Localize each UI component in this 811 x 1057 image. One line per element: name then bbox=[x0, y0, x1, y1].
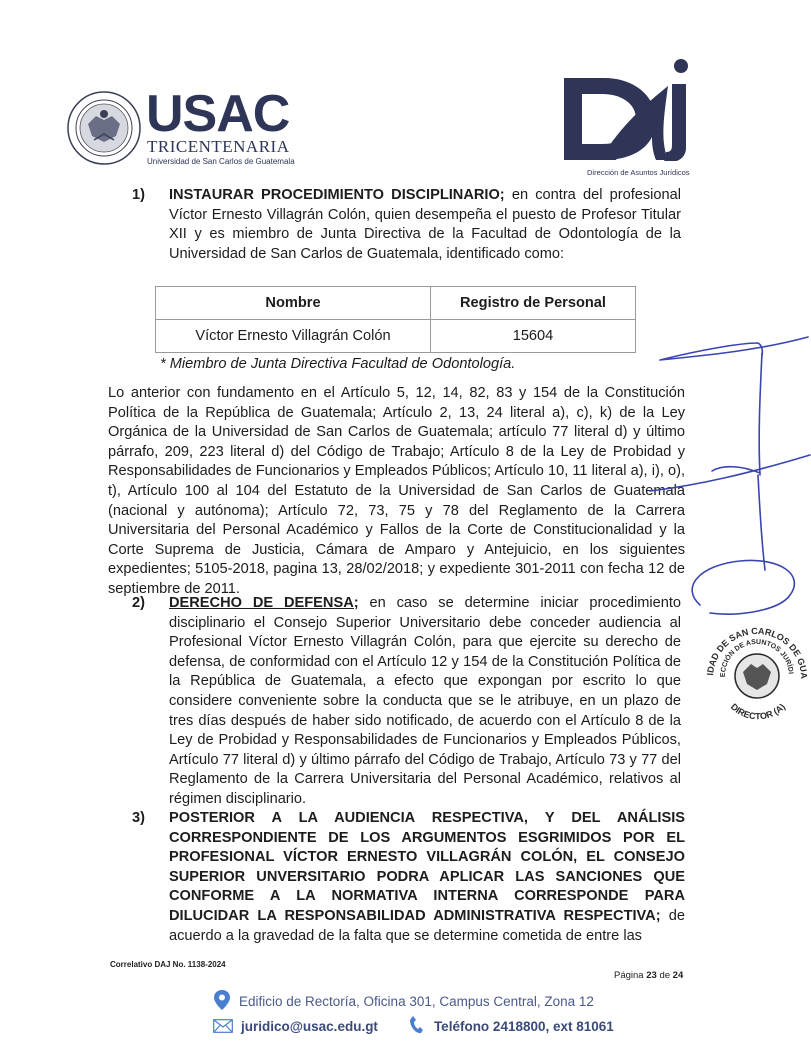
page-number: Página 23 de 24 bbox=[614, 970, 683, 981]
cell-registry: 15604 bbox=[431, 320, 636, 353]
section-1-number: 1) bbox=[132, 186, 145, 206]
section-3-heading: POSTERIOR A LA AUDIENCIA RESPECTIVA, Y D… bbox=[169, 810, 685, 924]
stamp-bottom-text: DIRECTOR (A) bbox=[729, 702, 787, 722]
table-row: Víctor Ernesto Villagrán Colón 15604 bbox=[156, 320, 636, 353]
daj-mark-icon bbox=[560, 56, 710, 161]
phone-icon bbox=[408, 1015, 424, 1035]
section-1-text: INSTAURAR PROCEDIMIENTO DISCIPLINARIO; e… bbox=[169, 186, 681, 264]
location-pin-icon bbox=[213, 990, 231, 1010]
phone-text: Teléfono 2418800, ext 81061 bbox=[434, 1019, 614, 1034]
correlative-number: Correlativo DAJ No. 1138-2024 bbox=[110, 960, 226, 969]
usac-wordmark: USAC bbox=[146, 88, 289, 140]
section-2-number: 2) bbox=[132, 594, 145, 614]
personnel-table: Nombre Registro de Personal Víctor Ernes… bbox=[155, 286, 636, 353]
section-1-heading: INSTAURAR PROCEDIMIENTO DISCIPLINARIO; bbox=[169, 187, 505, 203]
cell-name: Víctor Ernesto Villagrán Colón bbox=[156, 320, 431, 353]
table-header-row: Nombre Registro de Personal bbox=[156, 287, 636, 320]
official-stamp: UNIVERSIDAD DE SAN CARLOS DE GUATEMALA D… bbox=[703, 620, 811, 730]
page-current: 23 bbox=[646, 970, 657, 981]
usac-tagline: TRICENTENARIA bbox=[147, 138, 289, 156]
email-icon bbox=[213, 1019, 233, 1033]
section-2-heading: DERECHO DE DEFENSA; bbox=[169, 595, 359, 611]
table-footnote: * Miembro de Junta Directiva Facultad de… bbox=[160, 356, 515, 372]
section-2-body: en caso se determine iniciar procedimien… bbox=[169, 595, 681, 807]
footer-address: Edificio de Rectoría, Oficina 301, Campu… bbox=[213, 990, 594, 1010]
daj-caption: Dirección de Asuntos Jurídicos bbox=[587, 168, 690, 177]
university-seal-icon bbox=[66, 90, 142, 166]
daj-logo: Dirección de Asuntos Jurídicos bbox=[560, 56, 720, 181]
usac-logo: USAC TRICENTENARIA Universidad de San Ca… bbox=[66, 88, 306, 170]
svg-text:DIRECTOR (A): DIRECTOR (A) bbox=[729, 702, 787, 722]
handwritten-signature bbox=[640, 325, 811, 615]
column-header-registry: Registro de Personal bbox=[431, 287, 636, 320]
usac-subtitle: Universidad de San Carlos de Guatemala bbox=[147, 157, 295, 167]
address-text: Edificio de Rectoría, Oficina 301, Campu… bbox=[239, 994, 594, 1009]
email-link[interactable]: juridico@usac.edu.gt bbox=[241, 1019, 378, 1034]
legal-basis-paragraph: Lo anterior con fundamento en el Artícul… bbox=[108, 384, 685, 600]
footer-contact: juridico@usac.edu.gt Teléfono 2418800, e… bbox=[213, 1015, 614, 1035]
section-2-text: DERECHO DE DEFENSA; en caso se determine… bbox=[169, 594, 681, 810]
section-3-text: POSTERIOR A LA AUDIENCIA RESPECTIVA, Y D… bbox=[169, 809, 685, 946]
section-3-number: 3) bbox=[132, 809, 145, 829]
page-total: 24 bbox=[673, 970, 684, 981]
column-header-name: Nombre bbox=[156, 287, 431, 320]
